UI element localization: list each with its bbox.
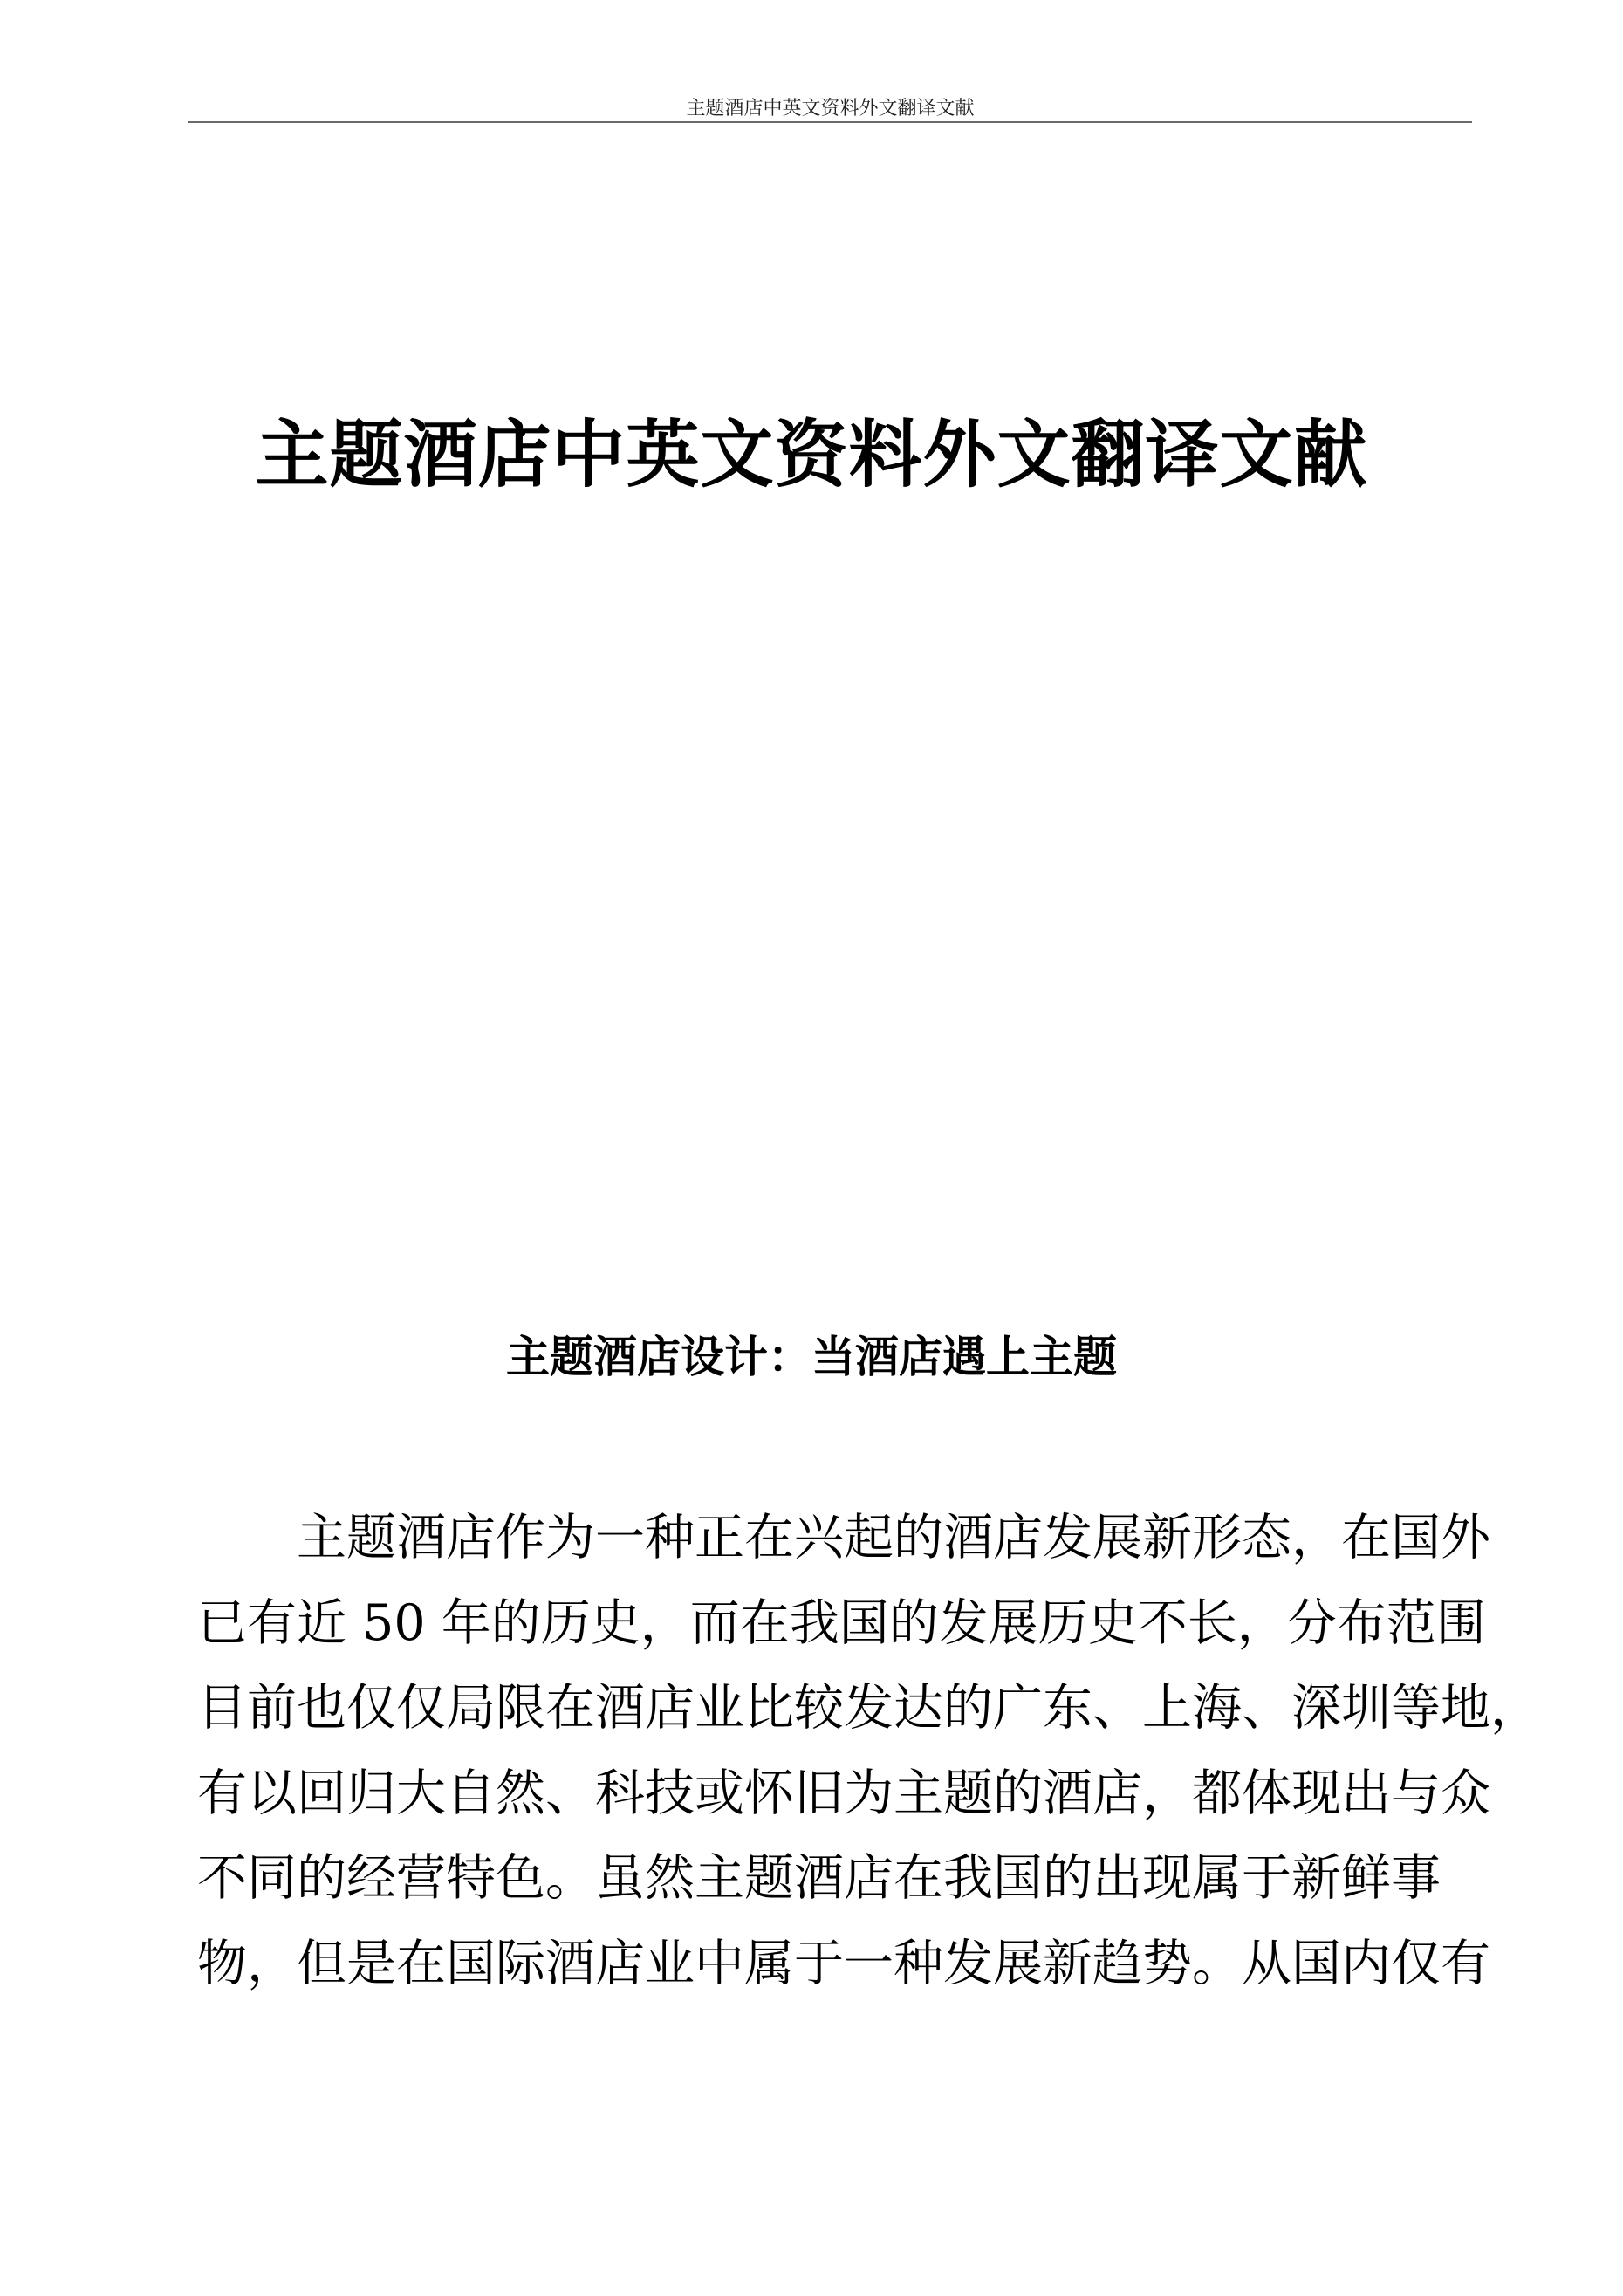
paragraph-line: 物，但是在国际酒店业中属于一种发展新趋势。从国内仅有 — [197, 1922, 1471, 2007]
paragraph-line: 主题酒店作为一种正在兴起的酒店发展新形态，在国外 — [197, 1496, 1471, 1581]
section-title: 主题酒店设计：当酒店遇上主题 — [0, 1328, 1623, 1386]
body-paragraph: 主题酒店作为一种正在兴起的酒店发展新形态，在国外 已有近 50 年的历史，而在我… — [197, 1496, 1471, 2006]
paragraph-line: 目前也仅仅局限在酒店业比较发达的广东、上海、深圳等地， — [197, 1666, 1471, 1751]
page-header: 主题酒店中英文资料外文翻译文献 — [188, 94, 1472, 123]
document-title: 主题酒店中英文资料外文翻译文献 — [0, 407, 1623, 503]
paragraph-line: 已有近 50 年的历史，而在我国的发展历史不长，分布范围 — [197, 1581, 1471, 1667]
paragraph-line: 不同的经营特色。虽然主题酒店在我国的出现属于新鲜事 — [197, 1836, 1471, 1922]
running-header-title: 主题酒店中英文资料外文翻译文献 — [188, 98, 1472, 120]
paragraph-line: 有以回归大自然、科技或怀旧为主题的酒店，都体现出与众 — [197, 1751, 1471, 1837]
